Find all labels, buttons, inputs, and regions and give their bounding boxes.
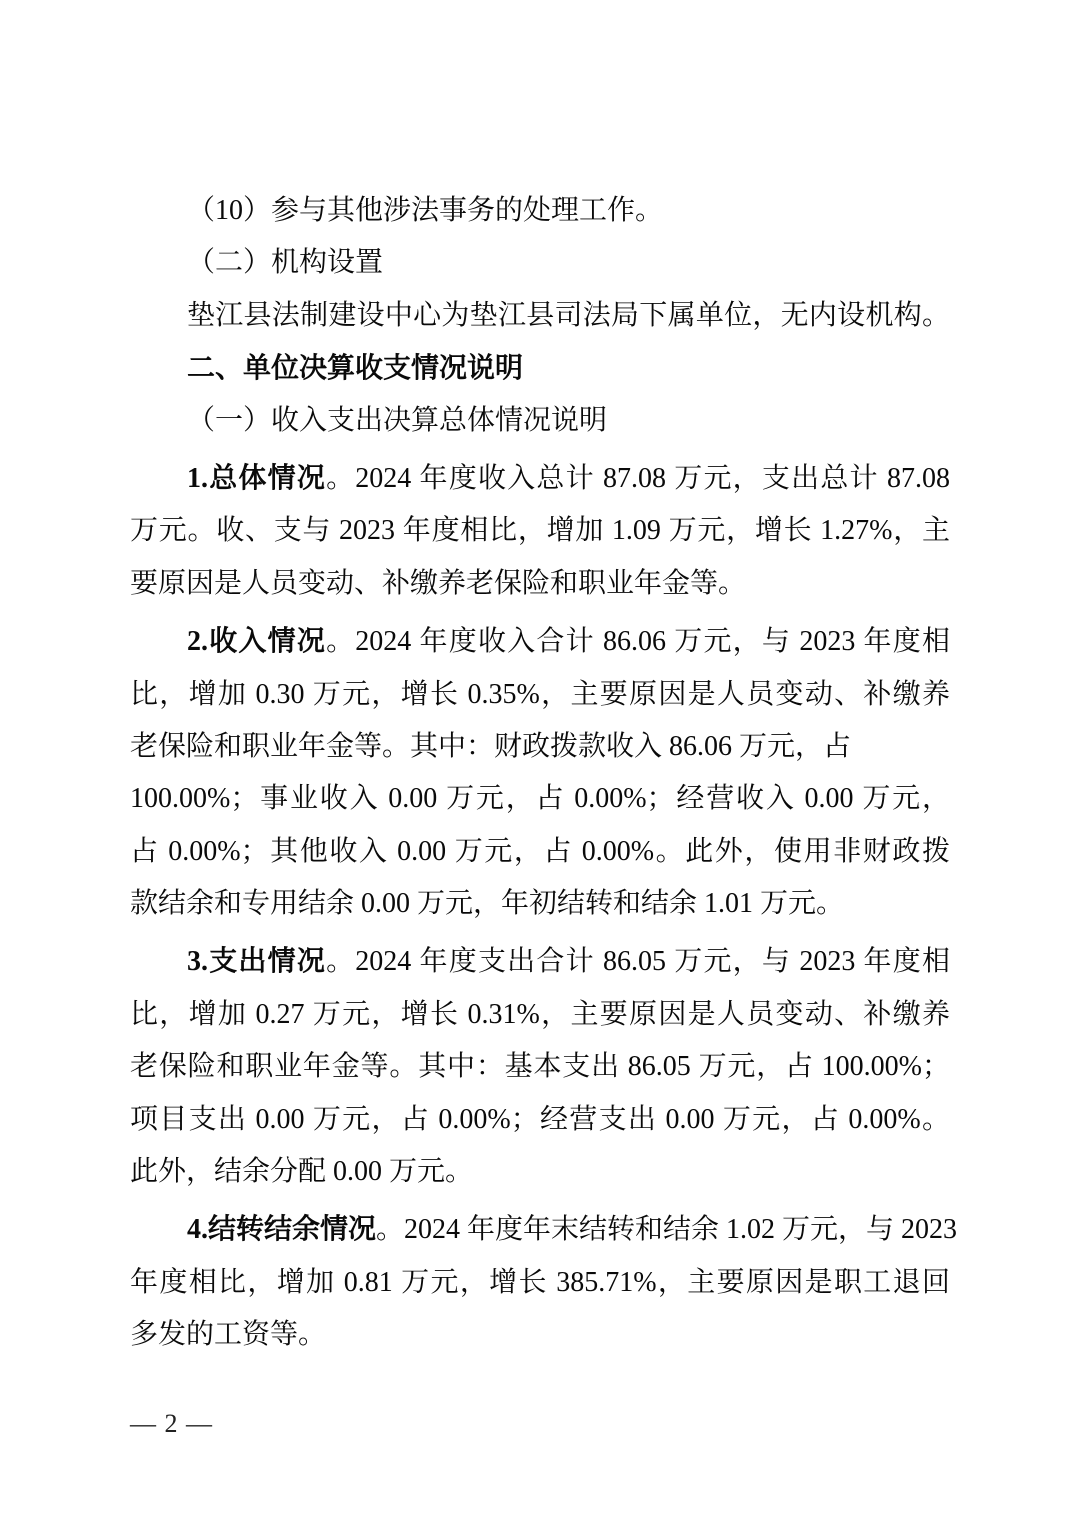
paragraph-line: 此外，结余分配 0.00 万元。 (130, 1146, 950, 1198)
bold-label: 3.支出情况 (187, 946, 326, 977)
paragraph-line: 老保险和职业年金等。其中：基本支出 86.05 万元，占 100.00%； (130, 1041, 950, 1093)
paragraph-text: 。2024 年度收入合计 86.06 万元，与 2023 年度相 (326, 626, 950, 657)
paragraph-line: 款结余和专用结余 0.00 万元，年初结转和结余 1.01 万元。 (130, 878, 950, 930)
paragraph-line: 4.结转结余情况。2024 年度年末结转和结余 1.02 万元，与 2023 (130, 1204, 950, 1256)
paragraph-line: 比，增加 0.27 万元，增长 0.31%，主要原因是人员变动、补缴养 (130, 989, 950, 1041)
sub-section-heading: （二）机构设置 (130, 237, 950, 289)
paragraph-line: 1.总体情况。2024 年度收入总计 87.08 万元，支出总计 87.08 (130, 453, 950, 505)
paragraph-line: 老保险和职业年金等。其中：财政拨款收入 86.06 万元，占 (130, 721, 950, 773)
paragraph-text: 。2024 年度年末结转和结余 1.02 万元，与 2023 (376, 1214, 957, 1245)
paragraph-line: 占 0.00%；其他收入 0.00 万元，占 0.00%。此外，使用非财政拨 (130, 826, 950, 878)
paragraph-text: 。2024 年度收入总计 87.08 万元，支出总计 87.08 (326, 463, 950, 494)
paragraph-line: 多发的工资等。 (130, 1309, 950, 1361)
bold-label: 2.收入情况 (187, 626, 326, 657)
paragraph-line: 2.收入情况。2024 年度收入合计 86.06 万元，与 2023 年度相 (130, 616, 950, 668)
paragraph-line: 3.支出情况。2024 年度支出合计 86.05 万元，与 2023 年度相 (130, 936, 950, 988)
paragraph-line: 要原因是人员变动、补缴养老保险和职业年金等。 (130, 558, 950, 610)
document-body: （10）参与其他涉法事务的处理工作。 （二）机构设置 垫江县法制建设中心为垫江县… (130, 185, 950, 1362)
page-number: — 2 — (130, 1408, 213, 1440)
paragraph-line: 年度相比，增加 0.81 万元，增长 385.71%，主要原因是职工退回 (130, 1257, 950, 1309)
paragraph-line: 100.00%；事业收入 0.00 万元，占 0.00%；经营收入 0.00 万… (130, 773, 950, 825)
paragraph-line: 垫江县法制建设中心为垫江县司法局下属单位，无内设机构。 (130, 290, 950, 342)
section-heading: 二、单位决算收支情况说明 (130, 342, 950, 394)
paragraph-line: 比，增加 0.30 万元，增长 0.35%，主要原因是人员变动、补缴养 (130, 669, 950, 721)
sub-section-heading: （一）收入支出决算总体情况说明 (130, 395, 950, 447)
document-page: （10）参与其他涉法事务的处理工作。 （二）机构设置 垫江县法制建设中心为垫江县… (0, 0, 1075, 1520)
bold-label: 1.总体情况 (187, 463, 326, 494)
list-item-line: （10）参与其他涉法事务的处理工作。 (130, 185, 950, 237)
bold-label: 4.结转结余情况 (187, 1214, 376, 1245)
paragraph-line: 项目支出 0.00 万元，占 0.00%；经营支出 0.00 万元，占 0.00… (130, 1094, 950, 1146)
paragraph-text: 。2024 年度支出合计 86.05 万元，与 2023 年度相 (326, 946, 950, 977)
paragraph-line: 万元。收、支与 2023 年度相比，增加 1.09 万元，增长 1.27%，主 (130, 505, 950, 557)
